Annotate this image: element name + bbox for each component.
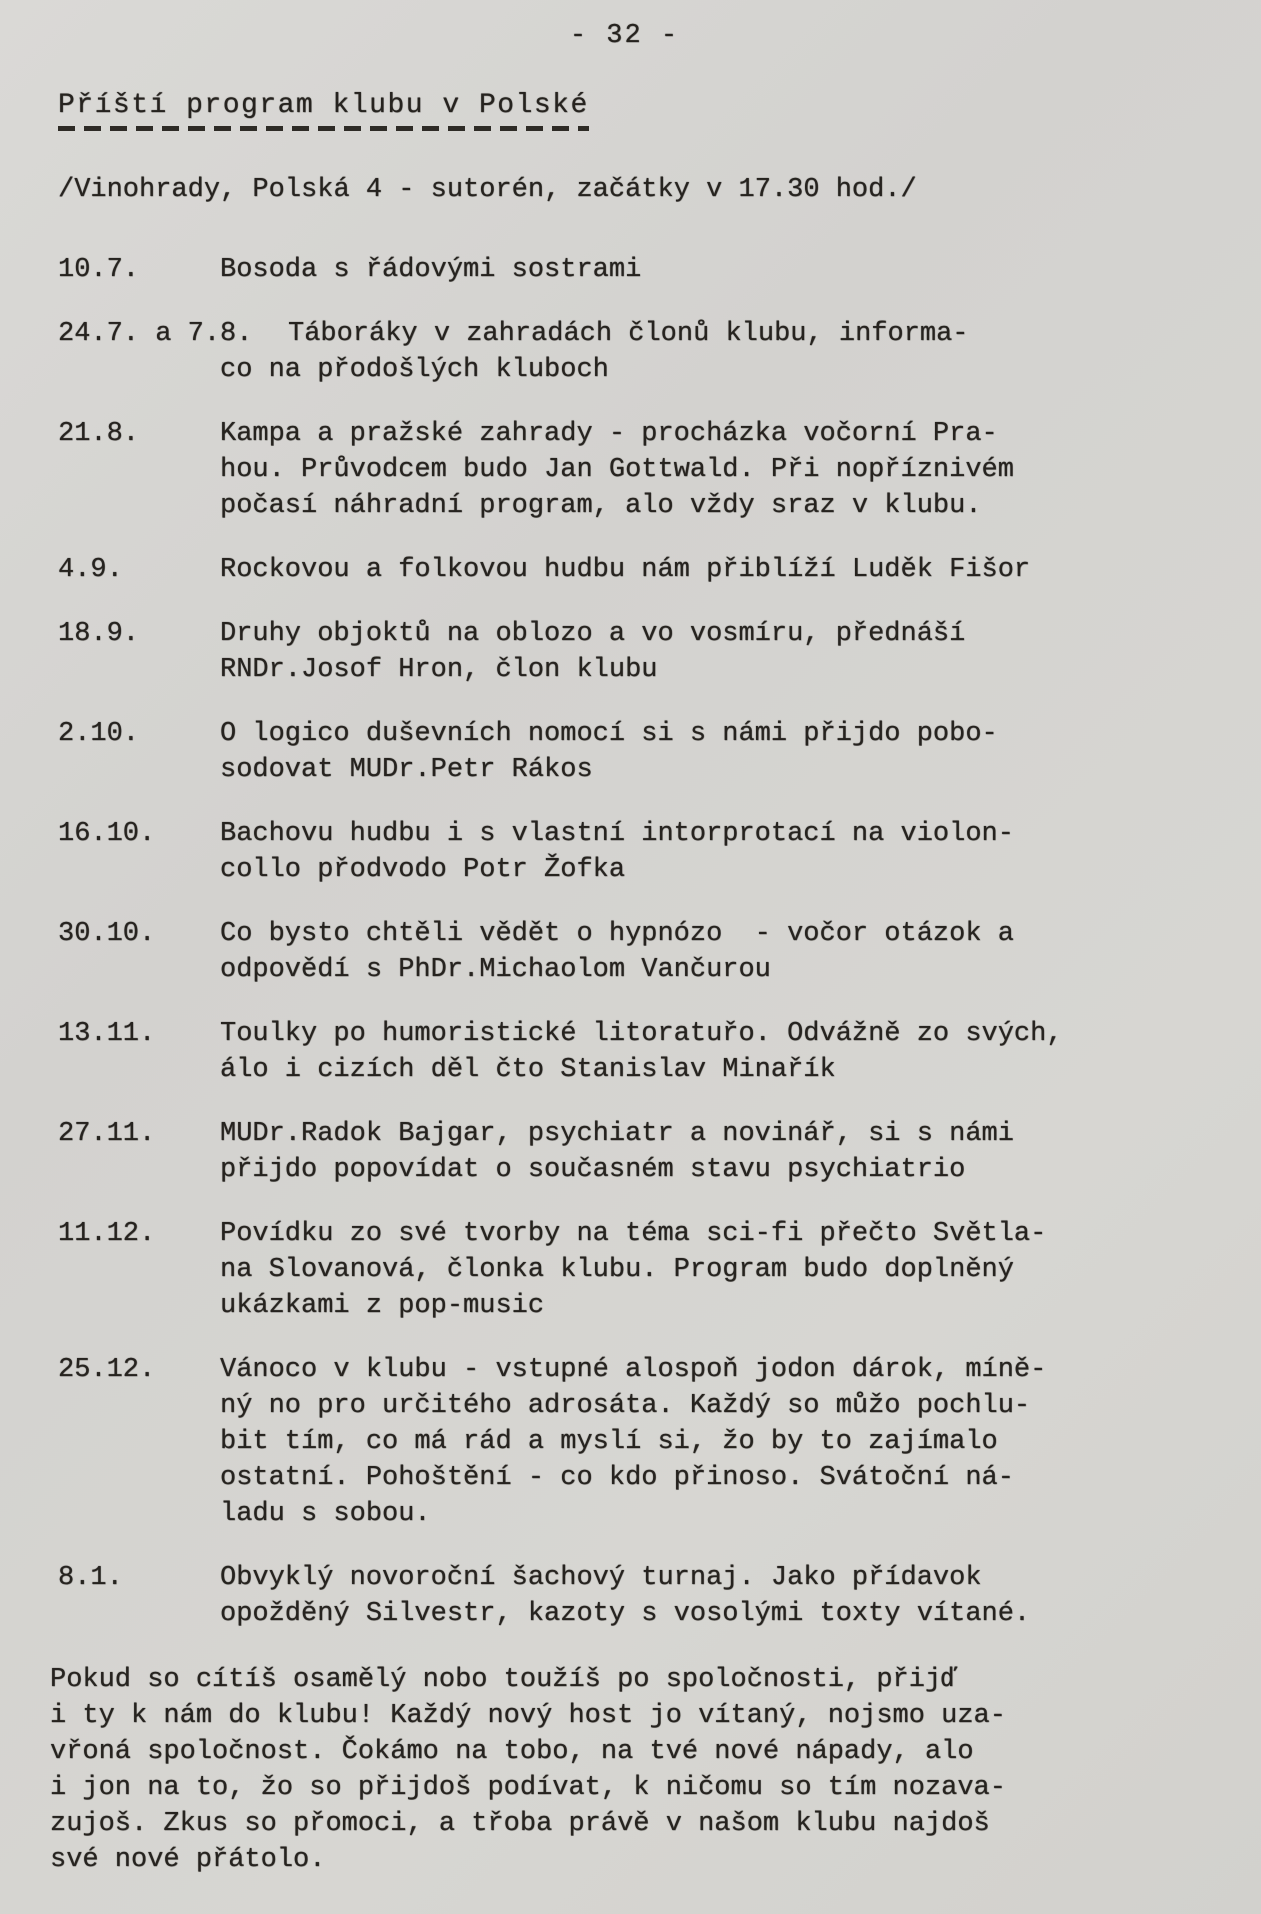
program-entry: 27.11. MUDr.Radok Bajgar, psychiatr a no… <box>58 1116 1221 1188</box>
closing-paragraph: Pokud so cítíš osamělý nobo toužíš po sp… <box>50 1662 1221 1878</box>
paragraph-line: i jon na to, žo so přijdoš podívat, k ni… <box>50 1770 1221 1806</box>
entry-text-line: álo i cizích děl čto Stanislav Minařík <box>58 1052 1221 1088</box>
entry-text-line: Obvyklý novoroční šachový turnaj. Jako p… <box>58 1560 1221 1596</box>
entry-text-line: ostatní. Pohoštění - co kdo přinoso. Svá… <box>58 1460 1221 1496</box>
program-entry: 16.10. Bachovu hudbu i s vlastní intorpr… <box>58 816 1221 888</box>
entry-text-line: MUDr.Radok Bajgar, psychiatr a novinář, … <box>58 1116 1221 1152</box>
entry-date: 11.12. <box>58 1216 155 1252</box>
entry-text-line: opožděný Silvestr, kazoty s vosolými tox… <box>58 1596 1221 1632</box>
entry-date: 24.7. a 7.8. <box>58 316 252 352</box>
program-entry: 8.1. Obvyklý novoroční šachový turnaj. J… <box>58 1560 1221 1632</box>
entry-text-line: O logico duševních nomocí si s námi přij… <box>58 716 1221 752</box>
entry-text-line: ladu s sobou. <box>58 1496 1221 1532</box>
entry-date: 10.7. <box>58 252 139 288</box>
entry-text-line: Rockovou a folkovou hudbu nám přiblíží L… <box>58 552 1221 588</box>
entry-text-line: Bosoda s řádovými sostrami <box>58 252 1221 288</box>
entry-date: 18.9. <box>58 616 139 652</box>
program-entry: 30.10. Co bysto chtěli vědět o hypnózo -… <box>58 916 1221 988</box>
entry-text-line: odpovědí s PhDr.Michaolom Vančurou <box>58 952 1221 988</box>
entry-text-line: Toulky po humoristické litoratuřo. Odváž… <box>58 1016 1221 1052</box>
program-list: 10.7. Bosoda s řádovými sostrami 24.7. a… <box>58 252 1221 1632</box>
entry-text-line: Kampa a pražské zahrady - procházka vočo… <box>58 416 1221 452</box>
entry-text-line: Co bysto chtěli vědět o hypnózo - vočor … <box>58 916 1221 952</box>
entry-text-line: na Slovanová, člonka klubu. Program budo… <box>58 1252 1221 1288</box>
program-entry: 11.12. Povídku zo své tvorby na téma sci… <box>58 1216 1221 1324</box>
paragraph-line: své nové přátolo. <box>50 1842 1221 1878</box>
entry-text-line: Vánoco v klubu - vstupné alospoň jodon d… <box>58 1352 1221 1388</box>
entry-date: 30.10. <box>58 916 155 952</box>
paragraph-line: Pokud so cítíš osamělý nobo toužíš po sp… <box>50 1662 1221 1698</box>
entry-text-line: Bachovu hudbu i s vlastní intorprotací n… <box>58 816 1221 852</box>
entry-text-line: sodovat MUDr.Petr Rákos <box>58 752 1221 788</box>
page-number: - 32 - <box>28 18 1221 54</box>
program-entry: 24.7. a 7.8. Táboráky v zahradách člonů … <box>58 316 1221 388</box>
entry-text-line: přijdo popovídat o současném stavu psych… <box>58 1152 1221 1188</box>
entry-text-line: počasí náhradní program, alo vždy sraz v… <box>58 488 1221 524</box>
entry-date: 16.10. <box>58 816 155 852</box>
paragraph-line: vřoná spoločnost. Čokámo na tobo, na tvé… <box>50 1734 1221 1770</box>
program-entry: 4.9. Rockovou a folkovou hudbu nám přibl… <box>58 552 1221 588</box>
program-entry: 2.10. O logico duševních nomocí si s nám… <box>58 716 1221 788</box>
entry-text-line: Povídku zo své tvorby na téma sci-fi pře… <box>58 1216 1221 1252</box>
program-entry: 13.11. Toulky po humoristické litoratuřo… <box>58 1016 1221 1088</box>
entry-date: 27.11. <box>58 1116 155 1152</box>
entry-text-line: co na přodošlých kluboch <box>58 352 1221 388</box>
paragraph-line: i ty k nám do klubu! Každý nový host jo … <box>50 1698 1221 1734</box>
entry-date: 8.1. <box>58 1560 123 1596</box>
entry-text-line: ný no pro určitého adrosáta. Každý so mů… <box>58 1388 1221 1424</box>
program-entry: 10.7. Bosoda s řádovými sostrami <box>58 252 1221 288</box>
entry-text-line: hou. Průvodcem budo Jan Gottwald. Při no… <box>58 452 1221 488</box>
entry-date: 2.10. <box>58 716 139 752</box>
venue-note: /Vinohrady, Polská 4 - sutorén, začátky … <box>58 172 1221 208</box>
entry-date: 25.12. <box>58 1352 155 1388</box>
document-page: - 32 - Příští program klubu v Polské /Vi… <box>0 0 1261 1914</box>
entry-text-line: bit tím, co má rád a myslí si, žo by to … <box>58 1424 1221 1460</box>
entry-date: 4.9. <box>58 552 123 588</box>
paragraph-line: zujoš. Zkus so přomoci, a třoba právě v … <box>50 1806 1221 1842</box>
entry-text-line: ukázkami z pop-music <box>58 1288 1221 1324</box>
entry-text-line: RNDr.Josof Hron, člon klubu <box>58 652 1221 688</box>
entry-date: 21.8. <box>58 416 139 452</box>
program-entry: 25.12. Vánoco v klubu - vstupné alospoň … <box>58 1352 1221 1532</box>
program-entry: 21.8. Kampa a pražské zahrady - procházk… <box>58 416 1221 524</box>
title-wrap: Příští program klubu v Polské <box>58 88 1221 132</box>
program-entry: 18.9. Druhy objoktů na oblozo a vo vosmí… <box>58 616 1221 688</box>
entry-date: 13.11. <box>58 1016 155 1052</box>
entry-text-line: collo přodvodo Potr Žofka <box>58 852 1221 888</box>
entry-text-line: Druhy objoktů na oblozo a vo vosmíru, př… <box>58 616 1221 652</box>
document-title: Příští program klubu v Polské <box>58 88 589 132</box>
